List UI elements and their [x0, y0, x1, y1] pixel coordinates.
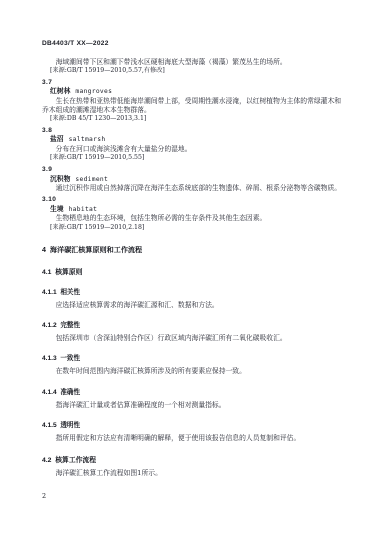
source-note: [来源:GB/T 15919—2010,2.18] — [42, 224, 343, 233]
body-paragraph: 包括深圳市（含深汕特别合作区）行政区域内海洋碳汇所有二氧化碳吸收汇。 — [42, 334, 343, 343]
body-paragraph: 指海洋碳汇计量或者估算准确程度的一个相对测量指标。 — [42, 401, 343, 410]
body-paragraph: 应选择适应核算需求的海洋碳汇源和汇、数据和方法。 — [42, 301, 343, 310]
subclause-heading: 4.1.3 一致性 — [42, 352, 343, 362]
term-english: sediment — [75, 176, 108, 183]
source-note: [来源:DB 45/T 1230—2013,3.1] — [42, 115, 343, 124]
definition-paragraph: 分布在河口或海滨浅滩含有大量盐分的湿地。 — [42, 145, 343, 154]
doc-number-header: DB4403/T XX—2022 — [42, 40, 343, 47]
definition-paragraph: 生长在热带和亚热带低能海岸潮间带上部，受周期性潮水浸淹，以红树植物为主体的常绿灌… — [42, 97, 343, 115]
chapter-heading: 4 海洋碳汇核算原则和工作流程 — [42, 245, 343, 255]
term-line: 生境habitat — [42, 205, 343, 215]
term-label: 沉积物 — [50, 176, 70, 183]
subclause-heading: 4.1.5 透明性 — [42, 419, 343, 429]
section-number: 3.7 — [42, 79, 343, 86]
term-english: saltmarsh — [69, 136, 106, 143]
term-label: 生境 — [50, 206, 64, 213]
section-number: 3.10 — [42, 196, 343, 203]
term-label: 红树林 — [50, 88, 70, 95]
body-paragraph: 海洋碳汇核算工作流程如图1所示。 — [42, 469, 343, 478]
page-number: 2 — [42, 492, 46, 500]
source-note: [来源:GB/T 15919—2010,5.57,有修改] — [42, 67, 343, 76]
document-page: DB4403/T XX—2022 海域潮间带下区和潮下带浅水区硬相海底大型海藻（… — [0, 0, 377, 533]
subclause-heading: 4.1.4 准确性 — [42, 386, 343, 396]
definition-paragraph: 海域潮间带下区和潮下带浅水区硬相海底大型海藻（褐藻）繁茂丛生的场所。 — [42, 58, 343, 67]
section-number: 3.8 — [42, 127, 343, 134]
body-paragraph: 在数年时间范围内海洋碳汇核算所涉及的所有要素应保持一致。 — [42, 367, 343, 376]
term-label: 盐沼 — [50, 136, 64, 143]
subclause-heading: 4.2 核算工作流程 — [42, 454, 343, 464]
term-english: habitat — [69, 206, 98, 213]
source-note: [来源:GB/T 15919—2010,5.55] — [42, 154, 343, 163]
section-number: 3.9 — [42, 166, 343, 173]
term-line: 红树林mangroves — [42, 87, 343, 97]
definition-paragraph: 通过沉积作用或自然掉落沉降在海洋生态系统底部的生物遗体、碎屑、根系分泌物等含碳物… — [42, 184, 343, 193]
term-english: mangroves — [75, 88, 112, 95]
subclause-heading: 4.1.2 完整性 — [42, 319, 343, 329]
body-paragraph: 指所用假定和方法应有清晰明确的解释，便于使用该报告信息的人员复制和评估。 — [42, 434, 343, 443]
subclause-heading: 4.1 核算原则 — [42, 266, 343, 276]
term-line: 沉积物sediment — [42, 175, 343, 185]
subclause-heading: 4.1.1 相关性 — [42, 286, 343, 296]
definition-paragraph: 生物栖息地的生态环境，包括生物所必需的生存条件及其他生态因素。 — [42, 214, 343, 223]
term-line: 盐沼saltmarsh — [42, 135, 343, 145]
